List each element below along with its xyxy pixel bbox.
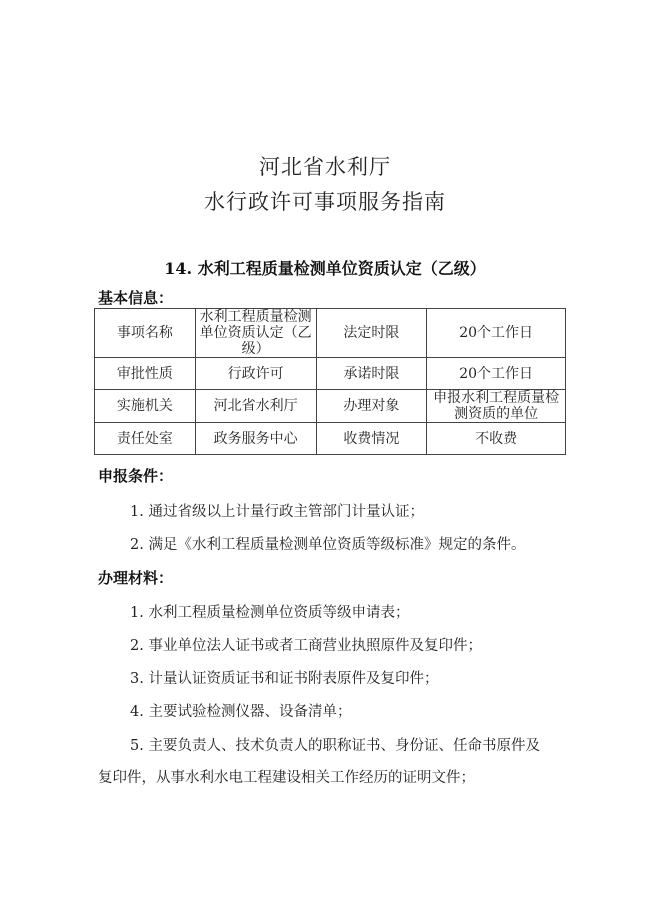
document-title-guide: 水行政许可事项服务指南 bbox=[0, 186, 650, 216]
value-implementing-agency: 河北省水利厅 bbox=[195, 390, 316, 423]
value-item-name: 水利工程质量检测单位资质认定（乙级） bbox=[195, 309, 316, 358]
material-item: 2. 事业单位法人证书或者工商营业执照原件及复印件； bbox=[130, 634, 482, 655]
material-item: 1. 水利工程质量检测单位资质等级申请表； bbox=[130, 601, 409, 622]
table-row: 事项名称 水利工程质量检测单位资质认定（乙级） 法定时限 20个工作日 bbox=[95, 309, 566, 358]
material-item-continuation: 复印件，从事水利水电工程建设相关工作经历的证明文件； bbox=[98, 766, 475, 787]
label-item-name: 事项名称 bbox=[95, 309, 196, 358]
label-responsible-office: 责任处室 bbox=[95, 423, 196, 455]
item-title: 14. 水利工程质量检测单位资质认定（乙级） bbox=[0, 256, 650, 279]
material-item: 5. 主要负责人、技术负责人的职称证书、身份证、任命书原件及 bbox=[130, 734, 540, 755]
value-responsible-office: 政务服务中心 bbox=[195, 423, 316, 455]
label-applicant: 办理对象 bbox=[316, 390, 427, 423]
table-row: 实施机关 河北省水利厅 办理对象 申报水利工程质量检测资质的单位 bbox=[95, 390, 566, 423]
label-implementing-agency: 实施机关 bbox=[95, 390, 196, 423]
label-promised-time-limit: 承诺时限 bbox=[316, 358, 427, 390]
document-title-agency: 河北省水利厅 bbox=[0, 151, 650, 181]
material-item: 3. 计量认证资质证书和证书附表原件及复印件； bbox=[130, 667, 438, 688]
label-fee: 收费情况 bbox=[316, 423, 427, 455]
value-applicant: 申报水利工程质量检测资质的单位 bbox=[427, 390, 566, 423]
value-promised-time-limit: 20个工作日 bbox=[427, 358, 566, 390]
condition-item: 1. 通过省级以上计量行政主管部门计量认证； bbox=[130, 500, 424, 521]
value-approval-type: 行政许可 bbox=[195, 358, 316, 390]
basic-info-heading: 基本信息： bbox=[98, 287, 173, 308]
materials-heading: 办理材料： bbox=[98, 567, 173, 588]
value-legal-time-limit: 20个工作日 bbox=[427, 309, 566, 358]
table-row: 审批性质 行政许可 承诺时限 20个工作日 bbox=[95, 358, 566, 390]
value-fee: 不收费 bbox=[427, 423, 566, 455]
table-row: 责任处室 政务服务中心 收费情况 不收费 bbox=[95, 423, 566, 455]
condition-item: 2. 满足《水利工程质量检测单位资质等级标准》规定的条件。 bbox=[130, 533, 525, 554]
material-item: 4. 主要试验检测仪器、设备清单； bbox=[130, 700, 351, 721]
conditions-heading: 申报条件： bbox=[98, 465, 173, 486]
label-legal-time-limit: 法定时限 bbox=[316, 309, 427, 358]
basic-info-table: 事项名称 水利工程质量检测单位资质认定（乙级） 法定时限 20个工作日 审批性质… bbox=[94, 308, 566, 455]
label-approval-type: 审批性质 bbox=[95, 358, 196, 390]
